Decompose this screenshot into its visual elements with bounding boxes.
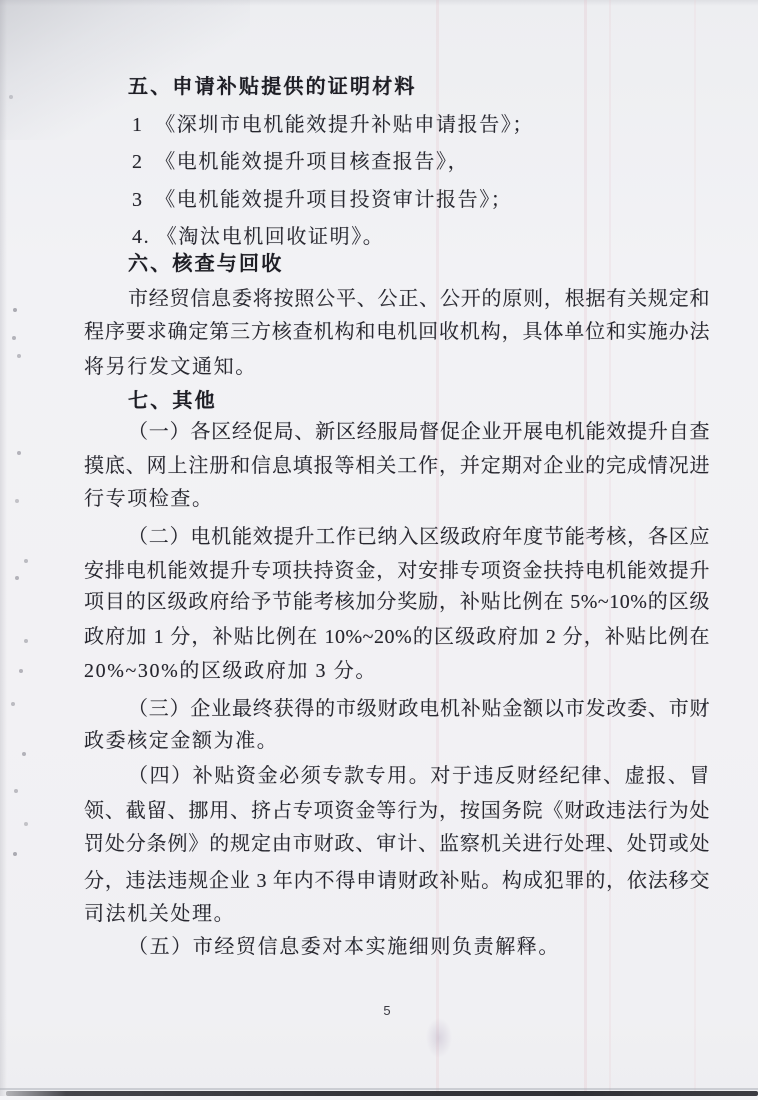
paragraph-line: （五）市经贸信息委对本实施细则负责解释。 [84, 934, 710, 961]
paragraph-line: 政委核定金额为准。 [84, 728, 710, 755]
paragraph-line: 程序要求确定第三方核查机构和电机回收机构，具体单位和实施办法 [84, 319, 710, 346]
section-heading: 六、核查与回收 [84, 251, 710, 278]
paragraph-line: 分，违法违规企业 3 年内不得申请财政补贴。构成犯罪的，依法移交 [84, 868, 710, 895]
paragraph-line: （二）电机能效提升工作已纳入区级政府年度节能考核，各区应 [84, 524, 710, 551]
paragraph-line: （一）各区经促局、新区经服局督促企业开展电机能效提升自查 [84, 419, 710, 446]
scan-specks [0, 0, 2, 2]
scan-shadow-left-edge [0, 0, 7, 1100]
paragraph-line: 摸底、网上注册和信息填报等相关工作，并定期对企业的完成情况进 [84, 453, 710, 480]
scan-smudge [426, 1018, 452, 1058]
paragraph-line: 行专项检查。 [84, 486, 710, 513]
numbered-list-item: 2 《电机能效提升项目核查报告》， [84, 149, 710, 176]
paragraph-line: 安排电机能效提升专项扶持资金，对安排专项资金扶持电机能效提升 [84, 558, 710, 585]
paragraph-line: 领、截留、挪用、挤占专项资金等行为，按国务院《财政违法行为处 [84, 798, 710, 825]
scan-shadow-top-edge [0, 0, 758, 6]
scan-below-edge [0, 1096, 758, 1100]
scanned-document-page: 五、申请补贴提供的证明材料 1 《深圳市电机能效提升补贴申请报告》； 2 《电机… [0, 0, 758, 1100]
paragraph-line: 20%~30%的区级政府加 3 分。 [84, 658, 710, 685]
paragraph-line: 项目的区级政府给予节能考核加分奖励，补贴比例在 5%~10%的区级 [84, 589, 710, 616]
page-number: 5 [0, 1003, 758, 1018]
numbered-list-item: 3 《电机能效提升项目投资审计报告》； [84, 187, 710, 214]
numbered-list-item: 1 《深圳市电机能效提升补贴申请报告》； [84, 112, 710, 139]
paragraph-line: 市经贸信息委将按照公平、公正、公开的原则，根据有关规定和 [84, 286, 710, 313]
paragraph-line: 将另行发文通知。 [84, 354, 710, 381]
numbered-list-item: 4. 《淘汰电机回收证明》。 [84, 224, 710, 251]
scan-paper-edge-highlight [0, 1088, 758, 1090]
section-heading: 五、申请补贴提供的证明材料 [84, 74, 710, 101]
section-heading: 七、其他 [84, 388, 710, 415]
paragraph-line: 罚处分条例》的规定由市财政、审计、监察机关进行处理、处罚或处 [84, 831, 710, 858]
paragraph-line: 政府加 1 分，补贴比例在 10%~20%的区级政府加 2 分，补贴比例在 [84, 624, 710, 651]
paragraph-line: （四）补贴资金必须专款专用。对于违反财经纪律、虚报、冒 [84, 763, 710, 790]
paragraph-line: （三）企业最终获得的市级财政电机补贴金额以市发改委、市财 [84, 696, 710, 723]
paragraph-line: 司法机关处理。 [84, 901, 710, 928]
